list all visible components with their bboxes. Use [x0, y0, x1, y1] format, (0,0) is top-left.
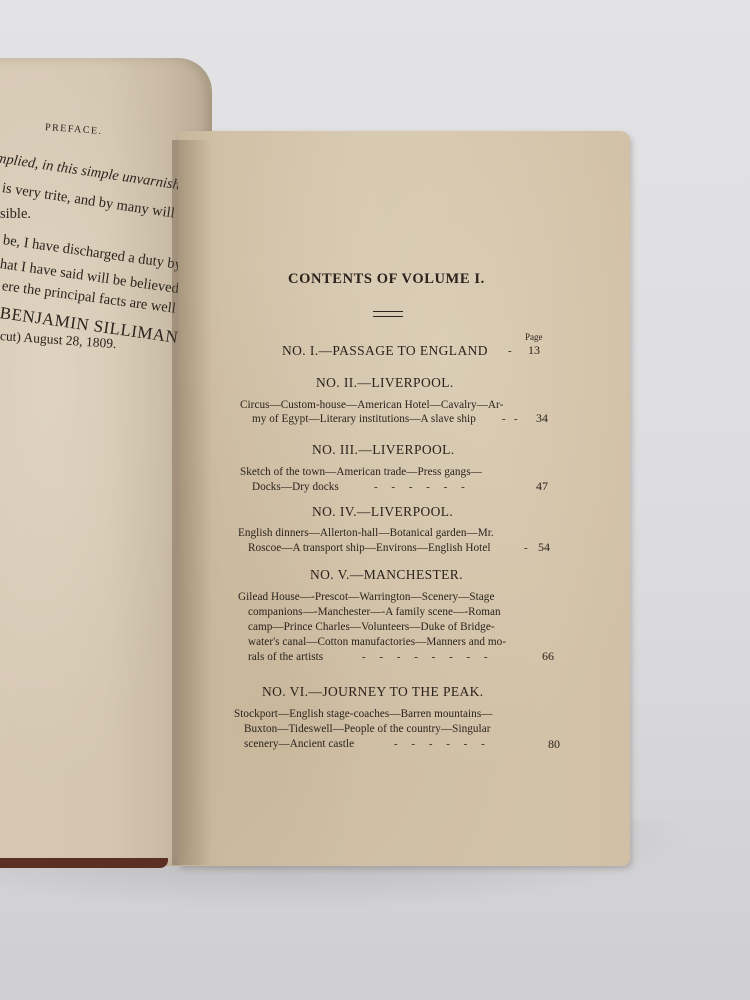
- chapter-summary-line: rals of the artists: [248, 651, 323, 663]
- preface-heading: PREFACE.: [45, 122, 103, 137]
- chapter-summary-line: English dinners—Allerton-hall—Botanical …: [238, 527, 494, 539]
- chapter-summary-line: companions—-Manchester—-A family scene—-…: [248, 606, 501, 618]
- chapter-summary-line: Buxton—Tideswell—People of the country—S…: [244, 723, 491, 735]
- leader-dots: -: [508, 345, 512, 357]
- chapter-summary-line: water's canal—Cotton manufactories—Manne…: [248, 636, 506, 648]
- chapter-page-number: 54: [538, 540, 550, 555]
- chapter-heading: NO. I.—PASSAGE TO ENGLAND: [282, 343, 488, 359]
- chapter-summary-line: Circus—Custom-house—American Hotel—Caval…: [240, 399, 503, 411]
- chapter-summary-line: Sketch of the town—American trade—Press …: [240, 466, 482, 478]
- chapter-page-number: 34: [536, 411, 548, 426]
- book-cover-edge: [0, 858, 168, 868]
- title-rule: [373, 311, 403, 317]
- leader-dots: - - - - - -: [394, 738, 485, 750]
- contents-page: CONTENTS OF VOLUME I. Page NO. I.—PASSAG…: [178, 131, 630, 866]
- chapter-summary-line: my of Egypt—Literary institutions—A slav…: [252, 413, 476, 425]
- leader-dots: -: [524, 542, 528, 554]
- leader-dots: - -: [502, 413, 518, 425]
- chapter-heading: NO. VI.—JOURNEY TO THE PEAK.: [262, 684, 484, 700]
- page-column-label: Page: [525, 332, 543, 342]
- chapter-summary-line: camp—Prince Charles—Volunteers—Duke of B…: [248, 621, 495, 633]
- chapter-heading: NO. III.—LIVERPOOL.: [312, 442, 455, 458]
- chapter-page-number: 80: [548, 737, 560, 752]
- photo-scene: PREFACE. mplied, in this simple unvarnis…: [0, 0, 750, 1000]
- chapter-page-number: 13: [528, 343, 540, 358]
- chapter-summary-line: scenery—Ancient castle: [244, 738, 354, 750]
- chapter-page-number: 66: [542, 649, 554, 664]
- preface-line: sible.: [0, 206, 31, 223]
- chapter-heading: NO. II.—LIVERPOOL.: [316, 375, 454, 391]
- chapter-heading: NO. V.—MANCHESTER.: [310, 567, 463, 583]
- leader-dots: - - - - - - - -: [362, 651, 488, 663]
- book-gutter-shadow: [172, 140, 212, 865]
- chapter-summary-line: Stockport—English stage-coaches—Barren m…: [234, 708, 492, 720]
- chapter-summary-line: Docks—Dry docks: [252, 481, 339, 493]
- chapter-summary-line: Roscoe—A transport ship—Environs—English…: [248, 542, 491, 554]
- contents-title: CONTENTS OF VOLUME I.: [288, 271, 485, 288]
- chapter-heading: NO. IV.—LIVERPOOL.: [312, 504, 453, 520]
- chapter-summary-line: Gilead House—-Prescot—Warrington—Scenery…: [238, 591, 494, 603]
- chapter-page-number: 47: [536, 479, 548, 494]
- leader-dots: - - - - - -: [374, 481, 465, 493]
